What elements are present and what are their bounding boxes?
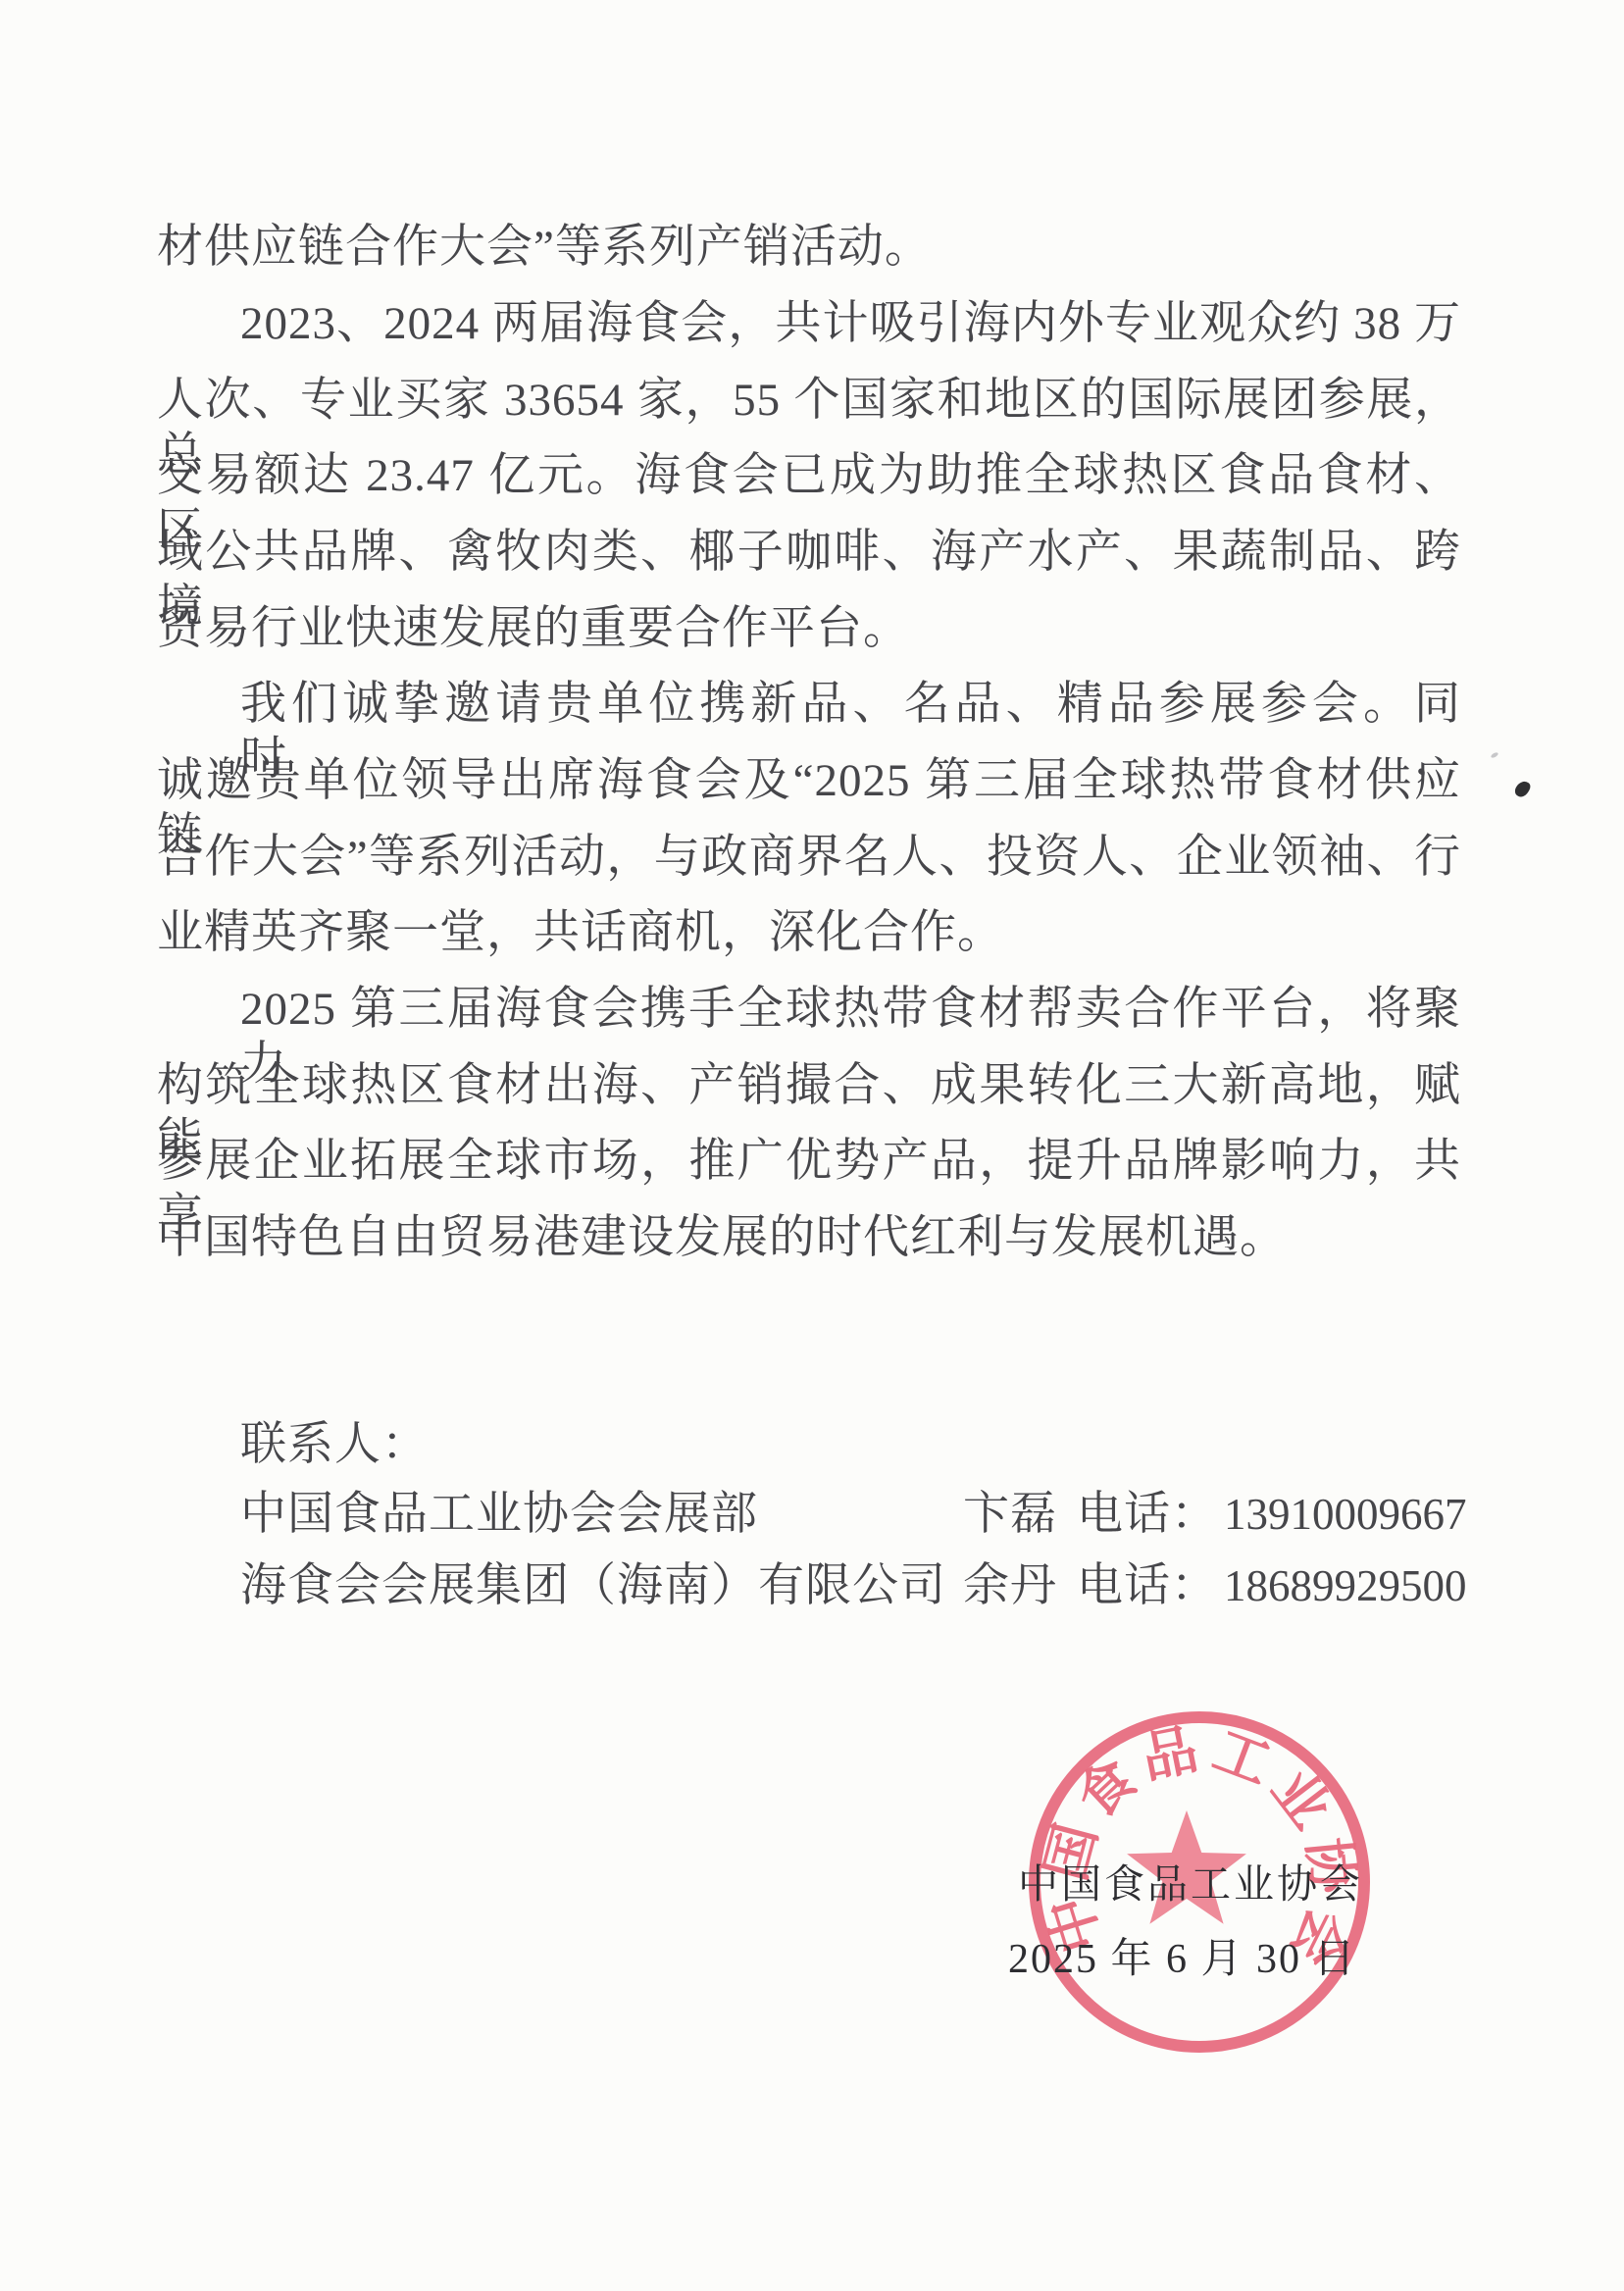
body-line-1: 材供应链合作大会”等系列产销活动。	[157, 220, 932, 275]
body-line-10: 业精英齐聚一堂，共话商机，深化合作。	[157, 905, 1004, 960]
contact-org-2: 海食会会展集团（海南）有限公司	[240, 1558, 963, 1613]
contact-heading: 联系人：	[240, 1417, 429, 1472]
contact-phone-1: 13910009667	[1224, 1487, 1467, 1542]
contact-row-1: 中国食品工业协会会展部卞磊电话：13910009667	[240, 1487, 1467, 1542]
signature-date: 2025 年 6 月 30 日	[1008, 1926, 1357, 1985]
signature-org: 中国食品工业协会	[1018, 1852, 1363, 1909]
body-line-14: 中国特色自由贸易港建设发展的时代红利与发展机遇。	[157, 1210, 1287, 1265]
contact-row-2: 海食会会展集团（海南）有限公司余丹电话：18689929500	[240, 1558, 1467, 1613]
scanned-letter-page: 材供应链合作大会”等系列产销活动。 2023、2024 两届海食会，共计吸引海内…	[0, 0, 1624, 2291]
body-line-6: 贸易行业快速发展的重要合作平台。	[157, 601, 910, 656]
scan-speck-faint	[1491, 751, 1499, 758]
contact-org-1: 中国食品工业协会会展部	[240, 1487, 963, 1542]
contact-name-1: 卞磊	[963, 1487, 1057, 1542]
contact-name-2: 余丹	[963, 1558, 1057, 1613]
body-line-2: 2023、2024 两届海食会，共计吸引海内外专业观众约 38 万	[240, 296, 1461, 351]
scan-speck	[1512, 779, 1532, 799]
body-line-9: 合作大会”等系列活动，与政商界名人、投资人、企业领袖、行	[157, 830, 1461, 885]
contact-phone-label-1: 电话：	[1077, 1487, 1218, 1542]
contact-phone-2: 18689929500	[1224, 1558, 1467, 1613]
contact-phone-label-2: 电话：	[1077, 1558, 1218, 1613]
